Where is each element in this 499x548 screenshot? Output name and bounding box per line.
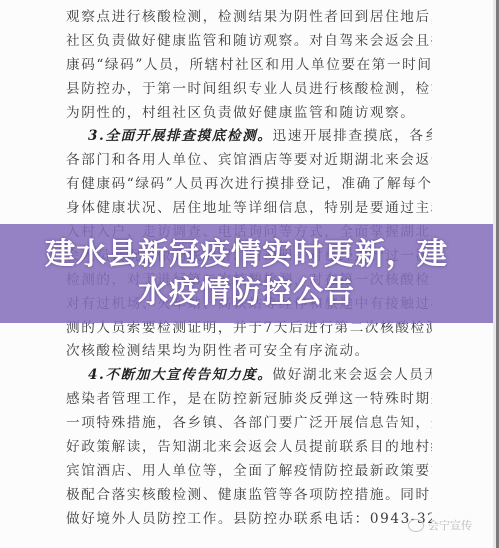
document-line: 观察点进行核酸检测，检测结果为阴性者回到居住地后，村组 — [66, 6, 432, 30]
line-text: 一项特殊措施，各乡镇、各部门要广泛开展信息告知，全面做 — [66, 415, 432, 431]
document-line: 次核酸检测结果均为阴性者可安全有序流动。 — [66, 340, 432, 364]
source-watermark: 会宁宣传 — [408, 517, 472, 533]
banner-title: 建水县新冠疫情实时更新，建水疫情防控公告 — [32, 236, 462, 312]
document-line: 身体健康状况、居住地址等详细信息，特别是要通过主动排摸、 — [66, 197, 432, 221]
line-text: 有健康码“绿码”人员再次进行摸排登记，准确了解每个人的 — [66, 176, 432, 192]
line-text: 社区负责做好健康监管和随访观察。对自驾来会返会且持有健 — [66, 33, 432, 49]
line-text: 好政策解读，告知湖北来会返会人员提前联系目的地村组社区、 — [66, 439, 432, 455]
line-text: 感染者管理工作，是在防控新冠肺炎反弹这一特殊时期采取的 — [66, 391, 432, 407]
document-line: 好政策解读，告知湖北来会返会人员提前联系目的地村组社区、 — [66, 436, 432, 460]
section-heading: 4.不断加大宣传告知力度。 — [88, 367, 273, 383]
line-text: 迅速开展排查摸底，各乡镇、 — [273, 128, 432, 144]
section-heading: 3.全面开展排查摸底检测。 — [88, 128, 273, 144]
document-line: 各部门和各用人单位、宾馆酒店等要对近期湖北来会返会且持 — [66, 149, 432, 173]
line-text: 各部门和各用人单位、宾馆酒店等要对近期湖北来会返会且持 — [66, 152, 432, 168]
document-line: 4.不断加大宣传告知力度。做好湖北来会返会人员无症状 — [66, 364, 432, 388]
document-line: 宾馆酒店、用人单位等，全面了解疫情防控最新政策要求，积 — [66, 460, 432, 484]
line-text: 极配合落实核酸检测、健康监管等各项防控措施。同时，继续 — [66, 487, 432, 503]
line-text: 为阴性的，村组社区负责做好健康监管和随访观察。 — [66, 105, 415, 121]
document-line: 为阴性的，村组社区负责做好健康监管和随访观察。 — [66, 102, 432, 126]
document-line: 社区负责做好健康监管和随访观察。对自驾来会返会且持有健 — [66, 30, 432, 54]
document-line: 3.全面开展排查摸底检测。迅速开展排查摸底，各乡镇、 — [66, 125, 432, 149]
watermark-label: 会宁宣传 — [428, 517, 472, 533]
line-text: 做好境外人员防控工作。县防控办联系电话：0943-3226762。 — [66, 511, 432, 527]
document-line: 有健康码“绿码”人员再次进行摸排登记，准确了解每个人的 — [66, 173, 432, 197]
wechat-icon — [408, 519, 424, 532]
line-text: 观察点进行核酸检测，检测结果为阴性者回到居住地后，村组 — [66, 9, 432, 25]
document-line: 一项特殊措施，各乡镇、各部门要广泛开展信息告知，全面做 — [66, 412, 432, 436]
line-text: 身体健康状况、居住地址等详细信息，特别是要通过主动排摸、 — [66, 200, 432, 216]
line-text: 次核酸检测结果均为阴性者可安全有序流动。 — [66, 343, 370, 359]
line-text: 宾馆酒店、用人单位等，全面了解疫情防控最新政策要求，积 — [66, 463, 432, 479]
document-line: 县防控办，于第一时间组织专业人员进行核酸检测，检测结果 — [66, 78, 432, 102]
document-line: 做好境外人员防控工作。县防控办联系电话：0943-3226762。 — [66, 508, 432, 532]
line-text: 康码“绿码”人员，所辖村社区和用人单位要在第一时间报告 — [66, 57, 432, 73]
line-text: 县防控办，于第一时间组织专业人员进行核酸检测，检测结果 — [66, 81, 432, 97]
line-text: 做好湖北来会返会人员无症状 — [273, 367, 432, 383]
document-line: 康码“绿码”人员，所辖村社区和用人单位要在第一时间报告 — [66, 54, 432, 78]
title-banner: 建水县新冠疫情实时更新，建水疫情防控公告 — [0, 224, 493, 323]
document-line: 感染者管理工作，是在防控新冠肺炎反弹这一特殊时期采取的 — [66, 388, 432, 412]
document-line: 极配合落实核酸检测、健康监管等各项防控措施。同时，继续 — [66, 484, 432, 508]
